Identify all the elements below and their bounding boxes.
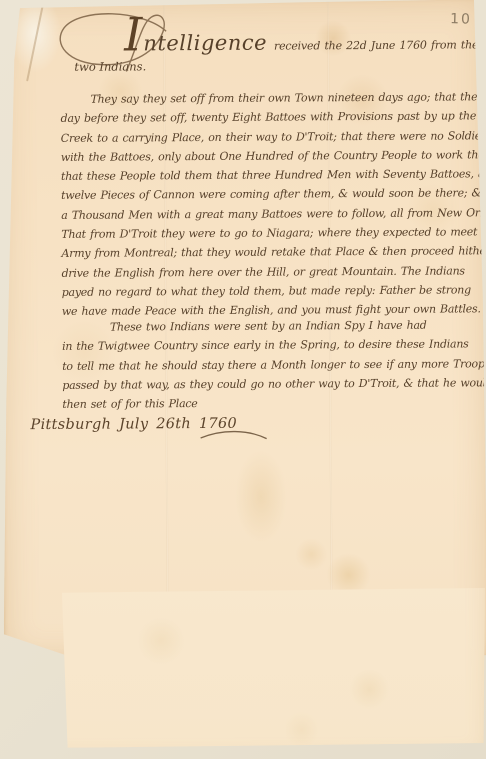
body-line: a Thousand Men with a great many Battoes…	[61, 203, 481, 225]
paragraph-1: They say they set off from their own Tow…	[60, 87, 481, 321]
body-line: in the Twigtwee Country since early in t…	[62, 335, 482, 357]
body-line: These two Indians were sent by an Indian…	[62, 315, 482, 337]
heading: Intelligencereceived the 22d June 1760 f…	[124, 9, 486, 58]
body-line: then set of for this Place	[62, 392, 482, 414]
heading-rest: received the 22d June 1760 from the Twig…	[274, 38, 486, 53]
heading-line-2: two Indians.	[74, 59, 146, 73]
body-line: day before they set off, twenty Eight Ba…	[61, 107, 481, 129]
dateline-flourish	[199, 427, 271, 443]
heading-initial: I	[124, 11, 142, 57]
body-line: drive the English from here over the Hil…	[62, 261, 482, 283]
scan-background: 10 Intelligencereceived the 22d June 176…	[0, 0, 486, 759]
body-line: They say they set off from their own Tow…	[60, 87, 480, 109]
manuscript-sheet: 10 Intelligencereceived the 22d June 176…	[0, 0, 486, 660]
body-line: passed by that way, as they could go no …	[62, 373, 482, 395]
body-line: Army from Montreal; that they would reta…	[61, 242, 481, 264]
paragraph-2: These two Indians were sent by an Indian…	[62, 315, 483, 414]
body-line: Creek to a carrying Place, on their way …	[61, 126, 481, 148]
body-line: twelve Pieces of Cannon were coming afte…	[61, 184, 481, 206]
body-line: with the Battoes, only about One Hundred…	[61, 145, 481, 167]
body-line: payed no regard to what they told them, …	[62, 280, 482, 302]
heading-word: ntelligence	[143, 31, 267, 56]
body-line: That from D'Troit they were to go to Nia…	[61, 222, 481, 244]
body-line: that these People told them that three H…	[61, 164, 481, 186]
body-line: to tell me that he should stay there a M…	[62, 354, 482, 376]
